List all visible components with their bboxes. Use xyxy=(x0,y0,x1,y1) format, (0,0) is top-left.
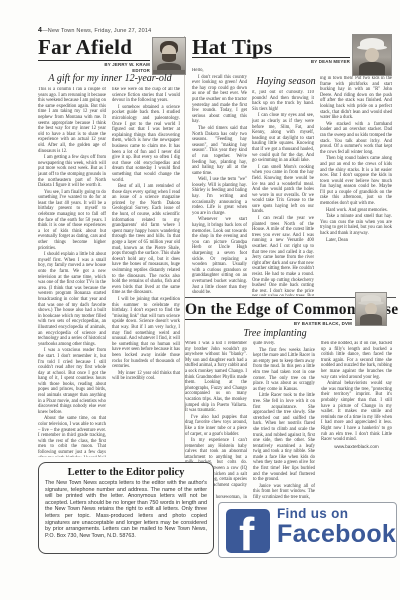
facebook-f-letter: f xyxy=(239,511,254,553)
far-afield-rule xyxy=(38,60,150,61)
paragraph: ing in town then! Put two kids in the fr… xyxy=(320,76,392,121)
paragraph: Best of all, I am reminded of those days… xyxy=(112,184,180,296)
paragraph: like we were on the cusp of all the scie… xyxy=(112,87,180,104)
paragraph: I've also had puppies that drag favorite… xyxy=(185,415,247,437)
hat-tips-column-1: Hello,I don't recall this country ever l… xyxy=(192,68,247,296)
facebook-ad: f Find us on Facebook xyxy=(218,502,397,558)
paragraph: Then big round balers came along and put… xyxy=(320,156,392,206)
paragraph: The first few weeks Janice kept the mare… xyxy=(253,348,315,393)
hat-tips-subhead: Haying season xyxy=(252,76,320,87)
far-afield-title: Far Afield xyxy=(38,36,132,58)
paragraph: then she nodded, as if on cue, backed up… xyxy=(321,341,392,380)
paragraph: Janice was watching all of this from her… xyxy=(253,484,315,499)
paragraph: I should explain a little bit about myse… xyxy=(38,252,106,347)
paragraph: I somehow obtained a science pocket guid… xyxy=(112,105,180,183)
paragraph: We stacked with a farmhand loader and an… xyxy=(320,122,392,156)
far-afield-column-1: This is a column I ran a couple of years… xyxy=(38,87,106,457)
paragraph: I am getting a few days off from newspap… xyxy=(38,155,106,189)
torso-shape xyxy=(360,314,382,325)
paragraph: I was a voracious reader from the start.… xyxy=(38,348,106,415)
common-sense-subhead: Tree implanting xyxy=(220,328,330,339)
paragraph: This is a column I ran a couple of years… xyxy=(38,87,106,154)
baxterblack-website: www.baxterblack.com xyxy=(321,444,392,450)
paragraph: About the same time, on that color telev… xyxy=(38,416,106,457)
hat-tips-column-3: ing in town then! Put two kids in the fr… xyxy=(320,76,392,296)
letter-policy-title: Letter to the Editor policy xyxy=(45,467,207,478)
facebook-ad-line2: Facebook xyxy=(277,521,396,547)
paragraph: quite lively. xyxy=(253,341,315,347)
common-sense-column-3: then she nodded, as if on cue, backed up… xyxy=(321,341,392,499)
letter-policy-body: The New Town News accepts letters to the… xyxy=(45,480,207,539)
paragraph: Little Racer took to the little tree. Sh… xyxy=(253,393,315,483)
paragraph: I can smell Mom's cooking when you came … xyxy=(252,165,314,215)
paragraph: I will be joining that expedition this s… xyxy=(112,297,180,370)
paragraph: You see, I am finally going to do someth… xyxy=(38,190,106,252)
hat-tips-byline: BY DEAN MEYER xyxy=(270,59,350,65)
paragraph: Take a minute and smell that hay. You ca… xyxy=(320,214,392,236)
paragraph: Hello, xyxy=(192,68,247,74)
masthead-line: —New Town News, Friday, June 27, 2014 xyxy=(42,28,151,34)
beard-shape xyxy=(162,54,176,62)
newspaper-page: 4—New Town News, Friday, June 27, 2014 F… xyxy=(0,0,400,600)
paragraph: it, just out of curiosity. 110 pounds! A… xyxy=(252,90,314,112)
common-sense-byline: BY BAXTER BLACK, DVM xyxy=(252,321,352,327)
paragraph: Well, I use the term "we" loosely. Will … xyxy=(192,177,247,216)
paragraph: Later, Dean xyxy=(320,238,392,244)
common-sense-column-3-text: then she nodded, as if on cue, backed up… xyxy=(321,341,392,443)
paragraph: Animal behaviorists would say she was ma… xyxy=(321,381,392,443)
far-afield-column-2: like we were on the cusp of all the scie… xyxy=(112,87,180,457)
paragraph: When I was a kid I remember my brother J… xyxy=(185,341,247,414)
facebook-ad-text: Find us on Facebook xyxy=(277,506,396,547)
dean-meyer-photo xyxy=(352,34,392,76)
torso-shape xyxy=(359,62,385,75)
paragraph: My inner 12 year old thinks that will be… xyxy=(112,371,180,382)
face-shape xyxy=(365,48,379,62)
paragraph: Hard work. And great memories. xyxy=(320,208,392,214)
paragraph: The old timers said that North Dakota ha… xyxy=(192,126,247,176)
far-afield-subhead: A gift for my inner 12-year-old xyxy=(38,73,182,84)
paragraph: I can recall the year we planted trees N… xyxy=(252,216,314,296)
letter-policy-box: Letter to the Editor policy The New Town… xyxy=(38,462,214,554)
jerry-kram-photo xyxy=(152,37,186,75)
paragraph: Whenever we start haying, it brings back… xyxy=(192,217,247,295)
facebook-ad-line1: Find us on xyxy=(277,506,396,521)
paragraph: I can close my eyes and see, just as cle… xyxy=(252,113,314,163)
baxter-black-photo xyxy=(355,292,387,326)
facebook-f-icon: f xyxy=(226,509,270,553)
hat-tips-rule xyxy=(192,57,350,58)
hat-tips-column-2: it, just out of curiosity. 110 pounds! A… xyxy=(252,90,314,296)
page-header: 4—New Town News, Friday, June 27, 2014 xyxy=(38,27,151,34)
common-sense-column-2: quite lively.The first few weeks Janice … xyxy=(253,341,315,499)
paragraph: I don't recall this country ever looking… xyxy=(192,75,247,125)
far-afield-byline: BY JERRY W. KRAM EDITOR xyxy=(70,62,150,73)
common-sense-rule xyxy=(185,319,352,320)
hat-tips-title: Hat Tips xyxy=(192,36,272,58)
